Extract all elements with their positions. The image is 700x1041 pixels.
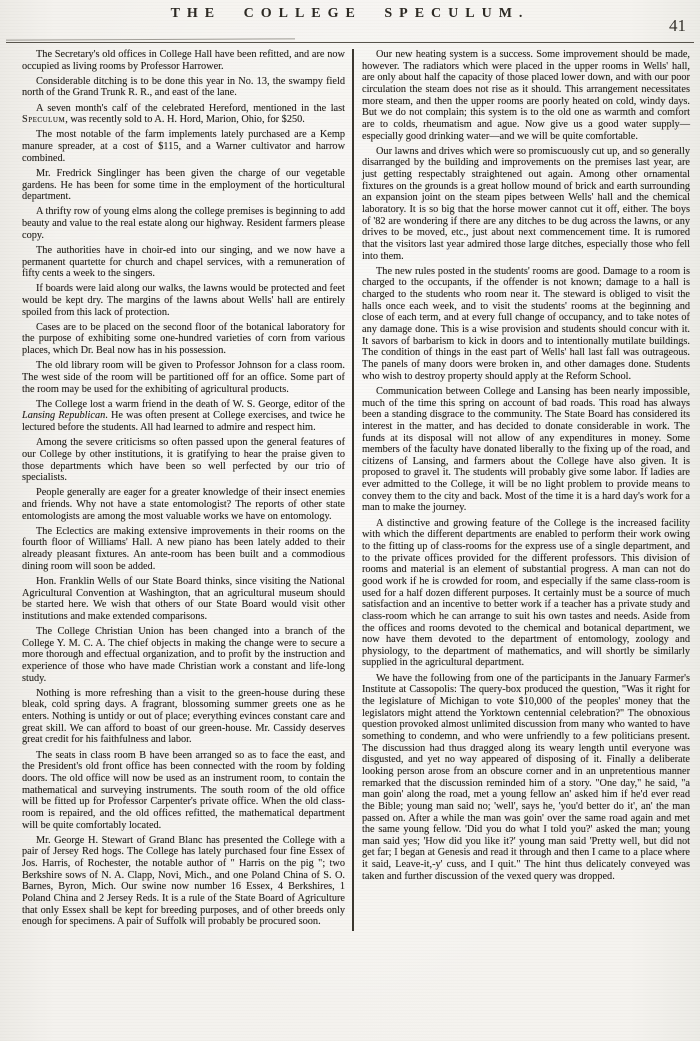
- paragraph: The College Christian Union has been cha…: [22, 626, 345, 684]
- paragraph: Among the severe criticisms so often pas…: [22, 437, 345, 484]
- paragraph: Hon. Franklin Wells of our State Board t…: [22, 576, 345, 623]
- paragraph: Cases are to be placed on the second flo…: [22, 322, 345, 357]
- journal-title: THE COLLEGE SPECULUM.: [0, 6, 700, 22]
- paragraph: People generally are eager for a greater…: [22, 487, 345, 522]
- left-column: The Secretary's old offices in College H…: [22, 49, 352, 931]
- paragraph: The old library room will be given to Pr…: [22, 360, 345, 395]
- paragraph: We have the following from one of the pa…: [362, 673, 690, 883]
- paragraph: The most notable of the farm implements …: [22, 129, 345, 164]
- paragraph: The Secretary's old offices in College H…: [22, 49, 345, 72]
- masthead: THE COLLEGE SPECULUM. 41: [0, 0, 700, 34]
- scanned-journal-page: THE COLLEGE SPECULUM. 41 The Secretary's…: [0, 0, 700, 1041]
- paragraph: The new rules posted in the students' ro…: [362, 266, 690, 383]
- paragraph: Mr. Fredrick Singlinger has been given t…: [22, 168, 345, 203]
- paragraph: A distinctive and growing feature of the…: [362, 518, 690, 670]
- paragraph: Mr. George H. Stewart of Grand Blanc has…: [22, 835, 345, 928]
- paragraph: The authorities have in choir-ed into ou…: [22, 245, 345, 280]
- paragraph: The Eclectics are making extensive impro…: [22, 526, 345, 573]
- paragraph: Communication between College and Lansin…: [362, 386, 690, 514]
- paragraph: If boards were laid along our walks, the…: [22, 283, 345, 318]
- header-rule: [6, 36, 694, 43]
- page-number: 41: [669, 16, 686, 36]
- paragraph: Nothing is more refreshing than a visit …: [22, 688, 345, 746]
- paragraph: The seats in class room B have been arra…: [22, 750, 345, 832]
- right-column: Our new heating system is a success. Som…: [352, 49, 690, 931]
- paragraph: The College lost a warm friend in the de…: [22, 399, 345, 434]
- two-column-body: The Secretary's old offices in College H…: [0, 43, 700, 931]
- paragraph: A thrifty row of young elms along the co…: [22, 206, 345, 241]
- paragraph: A seven month's calf of the celebrated H…: [22, 103, 345, 126]
- paragraph: Considerable ditching is to be done this…: [22, 76, 345, 99]
- paragraph: Our lawns and drives which were so promi…: [362, 146, 690, 263]
- paragraph: Our new heating system is a success. Som…: [362, 49, 690, 142]
